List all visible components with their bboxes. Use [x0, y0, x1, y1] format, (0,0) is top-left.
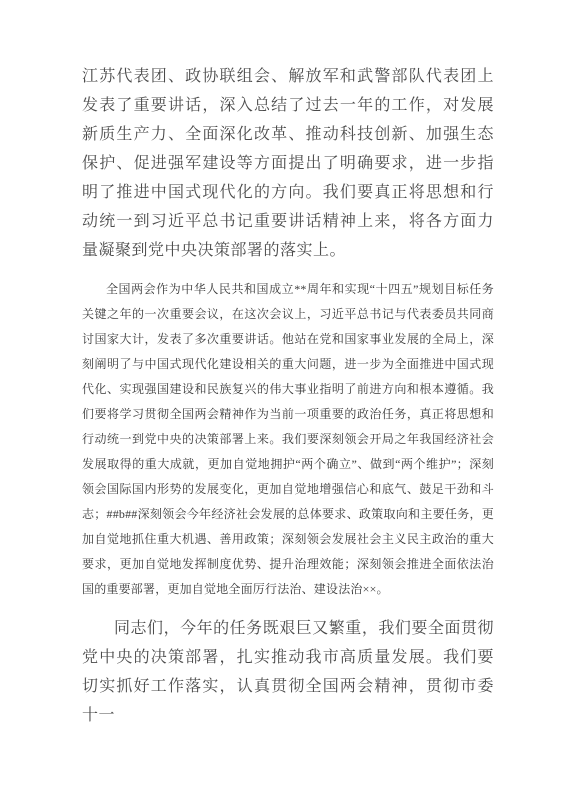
- paragraph-two-sessions-spirit: 全国两会作为中华人民共和国成立**周年和实现“十四五”规划目标任务关键之年的一次…: [82, 277, 494, 602]
- paragraph-comrades-tasks: 同志们，今年的任务既艰巨又繁重，我们要全面贯彻党中央的决策部署，扎实推动我市高质…: [82, 614, 494, 730]
- paragraph-speech-summary: 江苏代表团、政协联组会、解放军和武警部队代表团上发表了重要讲话，深入总结了过去一…: [82, 62, 494, 265]
- document-page: 江苏代表团、政协联组会、解放军和武警部队代表团上发表了重要讲话，深入总结了过去一…: [0, 0, 570, 807]
- document-content: 江苏代表团、政协联组会、解放军和武警部队代表团上发表了重要讲话，深入总结了过去一…: [82, 62, 494, 730]
